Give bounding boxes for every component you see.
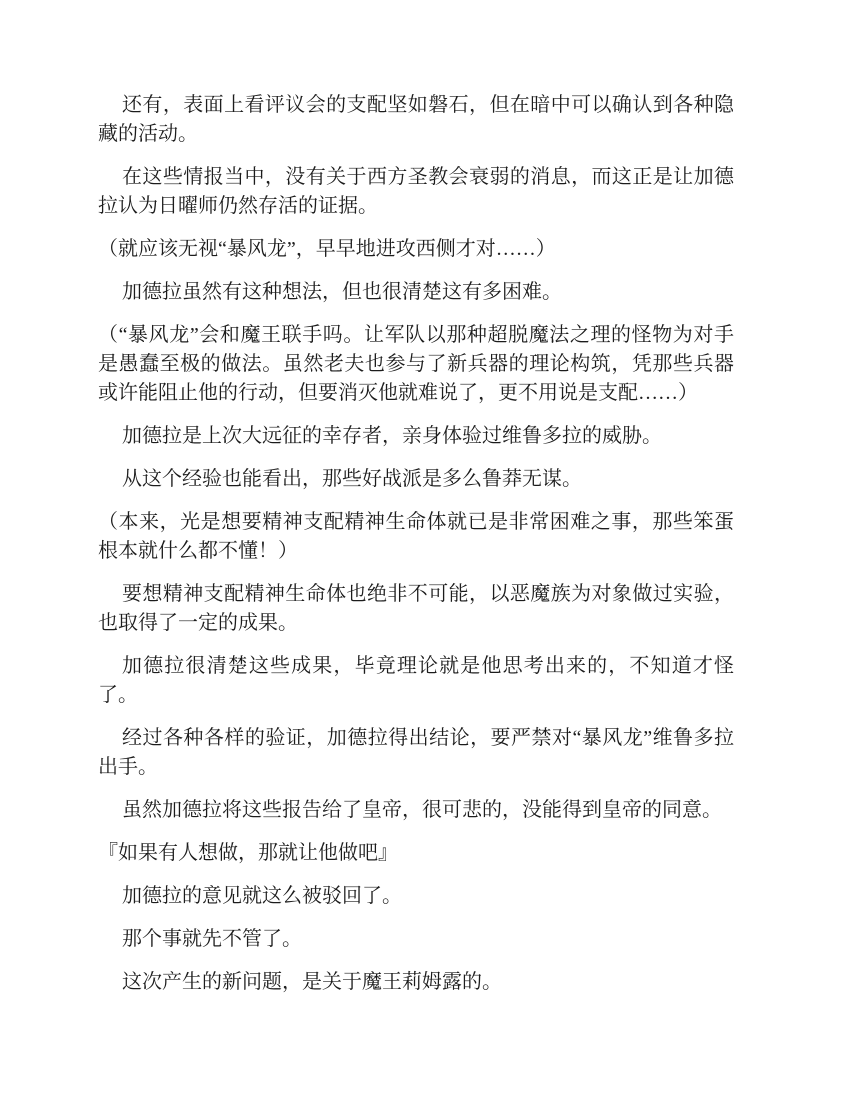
paragraph: 这次产生的新问题，是关于魔王莉姆露的。: [98, 968, 734, 997]
paragraph: 那个事就先不管了。: [98, 925, 734, 954]
paragraph: 还有，表面上看评议会的支配坚如磐石，但在暗中可以确认到各种隐藏的活动。: [98, 91, 734, 149]
paragraph: 从这个经验也能看出，那些好战派是多么鲁莽无谋。: [98, 465, 734, 494]
paragraph: 加德拉是上次大远征的幸存者，亲身体验过维鲁多拉的威胁。: [98, 422, 734, 451]
paragraph: 要想精神支配精神生命体也绝非不可能，以恶魔族为对象做过实验，也取得了一定的成果。: [98, 580, 734, 638]
paragraph: 加德拉虽然有这种想法，但也很清楚这有多困难。: [98, 278, 734, 307]
paragraph: 加德拉很清楚这些成果，毕竟理论就是他思考出来的，不知道才怪了。: [98, 652, 734, 710]
paragraph: 经过各种各样的验证，加德拉得出结论，要严禁对“暴风龙”维鲁多拉出手。: [98, 724, 734, 782]
novel-page: 还有，表面上看评议会的支配坚如磐石，但在暗中可以确认到各种隐藏的活动。 在这些情…: [0, 0, 850, 1100]
paragraph: 在这些情报当中，没有关于西方圣教会衰弱的消息，而这正是让加德拉认为日曜师仍然存活…: [98, 163, 734, 221]
text-column: 还有，表面上看评议会的支配坚如磐石，但在暗中可以确认到各种隐藏的活动。 在这些情…: [98, 91, 734, 997]
paragraph-inner-monologue: （“暴风龙”会和魔王联手吗。让军队以那种超脱魔法之理的怪物为对手是愚蠢至极的做法…: [98, 321, 734, 408]
paragraph-inner-monologue: （就应该无视“暴风龙”，早早地进攻西侧才对……）: [98, 235, 734, 264]
paragraph-quote: 『如果有人想做，那就让他做吧』: [98, 839, 734, 868]
paragraph: 加德拉的意见就这么被驳回了。: [98, 882, 734, 911]
paragraph-inner-monologue: （本来，光是想要精神支配精神生命体就已是非常困难之事，那些笨蛋根本就什么都不懂！…: [98, 508, 734, 566]
paragraph: 虽然加德拉将这些报告给了皇帝，很可悲的，没能得到皇帝的同意。: [98, 796, 734, 825]
